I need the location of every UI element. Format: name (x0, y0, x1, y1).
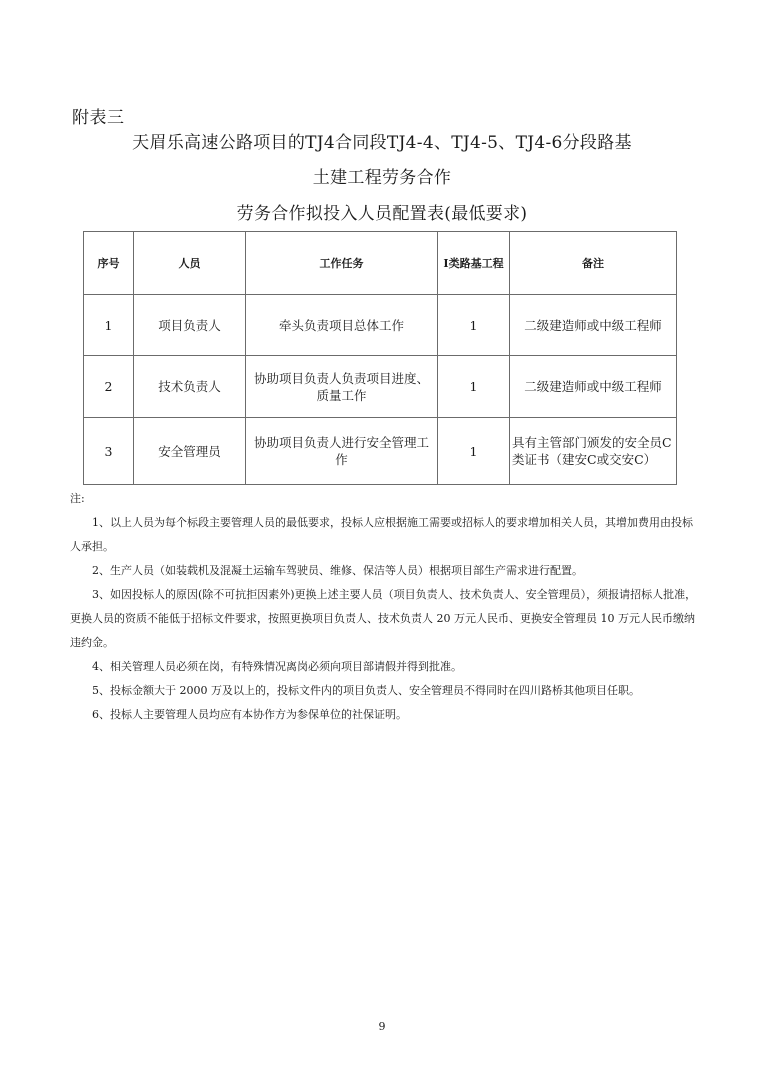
table-row: 1 项目负责人 牵头负责项目总体工作 1 二级建造师或中级工程师 (84, 295, 677, 356)
table-row: 3 安全管理员 协助项目负责人进行安全管理工作 1 具有主管部门颁发的安全员C类… (84, 418, 677, 485)
cell-count: 1 (438, 295, 510, 356)
note-item: 1、以上人员为每个标段主要管理人员的最低要求，投标人应根据施工需要或招标人的要求… (70, 511, 700, 559)
appendix-label: 附表三 (72, 103, 125, 128)
cell-no: 3 (84, 418, 134, 485)
cell-person: 项目负责人 (134, 295, 246, 356)
header-no: 序号 (84, 232, 134, 295)
notes-section: 注: 1、以上人员为每个标段主要管理人员的最低要求，投标人应根据施工需要或招标人… (70, 487, 700, 727)
note-item: 2、生产人员（如装载机及混凝土运输车驾驶员、维修、保洁等人员）根据项目部生产需求… (70, 559, 700, 583)
staff-configuration-table: 序号 人员 工作任务 Ⅰ类路基工程 备注 1 项目负责人 牵头负责项目总体工作 … (83, 231, 677, 485)
document-title-line-1: 天眉乐高速公路项目的TJ4合同段TJ4-4、TJ4-5、TJ4-6分段路基 (0, 128, 764, 153)
page-number: 9 (0, 1020, 764, 1033)
document-title-line-2: 土建工程劳务合作 (0, 163, 764, 188)
cell-count: 1 (438, 418, 510, 485)
cell-remark: 二级建造师或中级工程师 (510, 295, 677, 356)
header-task: 工作任务 (246, 232, 438, 295)
cell-person: 技术负责人 (134, 356, 246, 418)
table-row: 2 技术负责人 协助项目负责人负责项目进度、质量工作 1 二级建造师或中级工程师 (84, 356, 677, 418)
header-remark: 备注 (510, 232, 677, 295)
cell-person: 安全管理员 (134, 418, 246, 485)
header-person: 人员 (134, 232, 246, 295)
note-item: 5、投标金额大于 2000 万及以上的，投标文件内的项目负责人、安全管理员不得同… (70, 679, 700, 703)
notes-heading: 注: (70, 487, 700, 511)
cell-count: 1 (438, 356, 510, 418)
note-item: 4、相关管理人员必须在岗，有特殊情况离岗必须向项目部请假并得到批准。 (70, 655, 700, 679)
cell-no: 1 (84, 295, 134, 356)
cell-task: 牵头负责项目总体工作 (246, 295, 438, 356)
document-title-line-3: 劳务合作拟投入人员配置表(最低要求) (0, 199, 764, 224)
header-count: Ⅰ类路基工程 (438, 232, 510, 295)
note-item: 6、投标人主要管理人员均应有本协作方为参保单位的社保证明。 (70, 703, 700, 727)
cell-remark: 二级建造师或中级工程师 (510, 356, 677, 418)
table-header-row: 序号 人员 工作任务 Ⅰ类路基工程 备注 (84, 232, 677, 295)
cell-no: 2 (84, 356, 134, 418)
cell-remark: 具有主管部门颁发的安全员C类证书（建安C或交安C） (510, 418, 677, 485)
note-item: 3、如因投标人的原因(除不可抗拒因素外)更换上述主要人员（项目负责人、技术负责人… (70, 583, 700, 655)
cell-task: 协助项目负责人负责项目进度、质量工作 (246, 356, 438, 418)
cell-task: 协助项目负责人进行安全管理工作 (246, 418, 438, 485)
